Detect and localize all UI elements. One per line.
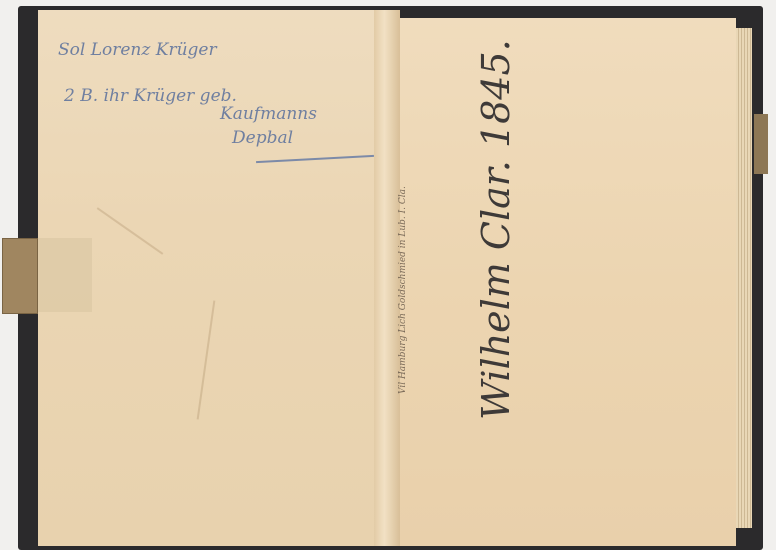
gutter-inscription: Vil Hamburg Lich Goldschmied in Lub. I. … bbox=[398, 186, 408, 394]
pencil-note-line: 2 B. ihr Krüger geb. bbox=[64, 86, 237, 106]
book-spine-gutter bbox=[374, 10, 400, 546]
pencil-note-line: Sol Lorenz Krüger bbox=[58, 40, 217, 60]
pencil-note-line: Kaufmanns bbox=[220, 104, 317, 124]
right-title-page bbox=[384, 18, 736, 546]
clasp-strap bbox=[36, 238, 92, 312]
leather-clasp-tab-left bbox=[2, 238, 38, 314]
pencil-note-line: Depbal bbox=[232, 128, 293, 148]
owner-signature: Wilhelm Clar. 1845. bbox=[474, 39, 518, 420]
leather-clasp-tab-right bbox=[754, 114, 768, 174]
page-edges bbox=[736, 28, 752, 528]
